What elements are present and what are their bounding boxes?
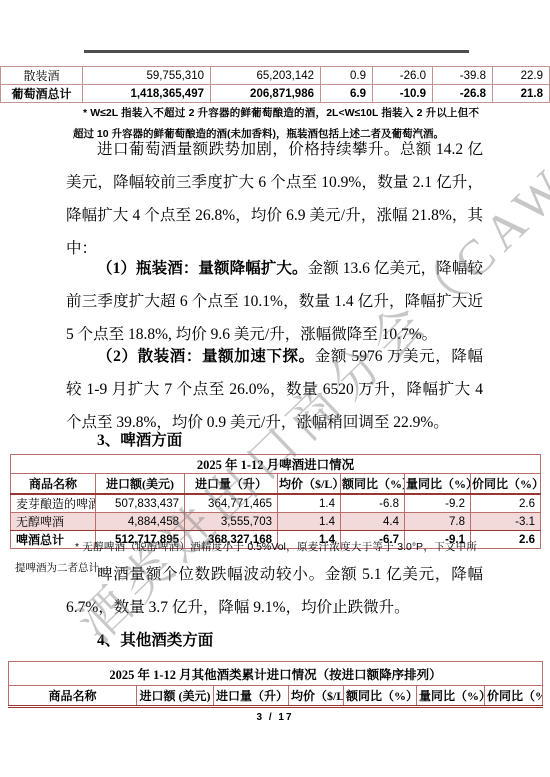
col-header-amount: 进口额(美元) [96,474,185,495]
document-page: 散装酒 59,755,310 65,203,142 0.9 -26.0 -39.… [0,0,550,777]
avg-price-cell: 1.4 [278,494,341,513]
table-caption-row: 2025 年 1-12 月其他酒类累计进口情况（按进口额降序排列） [9,662,543,686]
col-header-price-yoy: 价同比（%） [485,686,543,707]
section-heading-other: 4、其他酒类方面 [66,628,483,650]
table-row: 麦芽酿造的啤酒 507,833,437 364,771,465 1.4 -6.8… [11,494,541,513]
product-name-cell: 无醇啤酒 [11,513,96,531]
col-header-product: 商品名称 [11,474,96,495]
product-name-cell: 散装酒 [1,67,83,85]
wine-summary-paragraph: 进口葡萄酒量额跌势加剧，价格持续攀升。总额 14.2 亿美元，降幅较前三季度扩大… [66,133,483,265]
col-header-volume-yoy: 量同比（%） [405,474,471,495]
page-number: 3 / 17 [0,712,550,723]
import-amount-cell: 507,833,437 [96,494,185,513]
volume-yoy-cell: -39.8 [433,67,493,85]
import-volume-cell: 3,555,703 [185,513,278,531]
import-volume-cell: 65,203,142 [211,67,321,85]
import-volume-cell: 364,771,465 [185,494,278,513]
col-header-volume-yoy: 量同比（%） [417,686,485,707]
bulk-wine-paragraph: （2）散装酒：量额加速下探。金额 5976 万美元，降幅较 1-9 月扩大 7 … [66,340,483,439]
avg-price-cell: 0.9 [321,67,373,85]
col-header-price: 均价（$/L） [289,686,344,707]
price-yoy-cell: 22.9 [493,67,550,85]
price-yoy-cell: 2.6 [471,531,541,549]
wine-summary-table: 散装酒 59,755,310 65,203,142 0.9 -26.0 -39.… [0,66,550,103]
table-row-total: 葡萄酒总计 1,418,365,497 206,871,986 6.9 -10.… [1,85,550,103]
col-header-volume: 进口量（升） [185,474,278,495]
avg-price-cell: 1.4 [278,513,341,531]
import-volume-cell: 206,871,986 [211,85,321,103]
col-header-volume: 进口量（升） [214,686,289,707]
bulk-wine-lead: （2）散装酒：量额加速下探。 [97,348,315,365]
beer-import-table: 2025 年 1-12 月啤酒进口情况 商品名称 进口额(美元) 进口量（升） … [10,454,541,549]
avg-price-cell: 6.9 [321,85,373,103]
import-amount-cell: 4,884,458 [96,513,185,531]
col-header-price-yoy: 价同比（%） [471,474,541,495]
amount-yoy-cell: 4.4 [341,513,405,531]
price-yoy-cell: 2.6 [471,494,541,513]
table-row-highlighted: 无醇啤酒 4,884,458 3,555,703 1.4 4.4 7.8 -3.… [11,513,541,531]
product-name-cell: 麦芽酿造的啤酒 [11,494,96,513]
col-header-amount-yoy: 额同比（%） [341,474,405,495]
bottled-wine-paragraph: （1）瓶装酒：量额降幅扩大。金额 13.6 亿美元，降幅较前三季度扩大超 6 个… [66,252,483,351]
table-row: 散装酒 59,755,310 65,203,142 0.9 -26.0 -39.… [1,67,550,85]
col-header-price: 均价（$/L） [278,474,341,495]
import-amount-cell: 1,418,365,497 [83,85,211,103]
other-table-title: 2025 年 1-12 月其他酒类累计进口情况（按进口额降序排列） [9,662,543,686]
price-yoy-cell: -3.1 [471,513,541,531]
col-header-amount-yoy: 额同比（%） [344,686,417,707]
volume-yoy-cell: -9.2 [405,494,471,513]
beer-table-title: 2025 年 1-12 月啤酒进口情况 [11,455,541,474]
other-drinks-table: 2025 年 1-12 月其他酒类累计进口情况（按进口额降序排列） 商品名称 进… [8,661,543,708]
section-heading-beer: 3、啤酒方面 [66,428,483,450]
volume-yoy-cell: 7.8 [405,513,471,531]
col-header-amount: 进口额 (美元) [137,686,214,707]
table-header-row: 商品名称 进口额 (美元) 进口量（升） 均价（$/L） 额同比（%） 量同比（… [9,686,543,707]
product-name-cell: 葡萄酒总计 [1,85,83,103]
amount-yoy-cell: -10.9 [373,85,433,103]
table-caption-row: 2025 年 1-12 月啤酒进口情况 [11,455,541,474]
col-header-product: 商品名称 [9,686,137,707]
volume-yoy-cell: -26.8 [433,85,493,103]
page-header-rule [84,50,469,53]
price-yoy-cell: 21.8 [493,85,550,103]
table-header-row: 商品名称 进口额(美元) 进口量（升） 均价（$/L） 额同比（%） 量同比（%… [11,474,541,495]
bottled-wine-lead: （1）瓶装酒：量额降幅扩大。 [97,260,308,277]
amount-yoy-cell: -6.8 [341,494,405,513]
beer-summary-paragraph: 啤酒量额个位数跌幅波动较小。金额 5.1 亿美元，降幅 6.7%，数量 3.7 … [66,558,483,624]
import-amount-cell: 59,755,310 [83,67,211,85]
amount-yoy-cell: -26.0 [373,67,433,85]
